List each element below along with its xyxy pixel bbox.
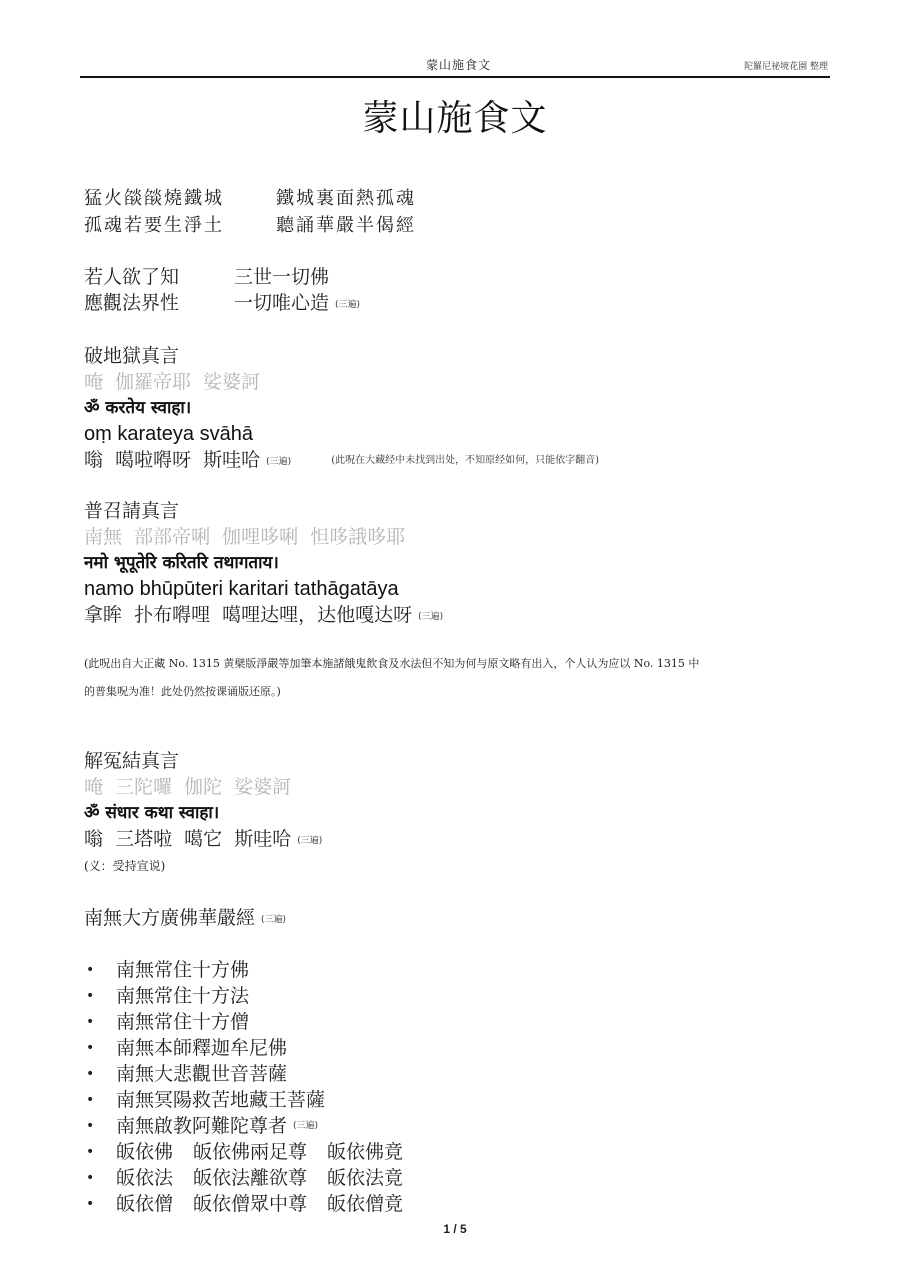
note-line: 的普集呪为准！此处仍然按课诵版还原。) (84, 678, 834, 706)
devanagari-text: ॐ करतेय स्वाहा। (84, 395, 599, 421)
refuge-item: • 皈依佛 皈依佛兩足尊 皈依佛竟 (84, 1139, 403, 1165)
mantra-po-diyu: 破地獄真言 唵 伽羅帝耶 娑婆訶 ॐ करतेय स्वाहा। oṃ kara… (84, 343, 599, 475)
phonetic-line: 嗡 三塔啦 噶它 斯哇哈(三遍) (84, 826, 834, 854)
verse-line: 應觀法界性一切唯心造(三遍) (84, 290, 360, 318)
bullet-icon: • (84, 1139, 116, 1165)
repeat-note: (三遍) (261, 915, 286, 925)
section-title: 破地獄真言 (84, 343, 599, 369)
explanatory-note: (此呪出自大正藏 No. 1315 黄檗版淨嚴等加筆本施諸餓鬼飲食及水法但不知为… (84, 650, 834, 706)
verse-line: 孤魂若要生淨土 聽誦華嚴半偈經 (84, 212, 416, 239)
phonetic-line: 嗡 噶啦嘚呀 斯哇哈(三遍)(此呪在大藏经中未找到出处，不知原经如何，只能依字翻… (84, 447, 599, 475)
bullet-icon: • (84, 1035, 116, 1061)
sutra-name-line: 南無大方廣佛華嚴經(三遍) (84, 905, 286, 933)
romanized-text: namo bhūpūteri karitari tathāgatāya (84, 576, 443, 602)
homage-list: • 南無常住十方佛 • 南無常住十方法 • 南無常住十方僧 • 南無本師釋迦牟尼… (84, 957, 403, 1217)
bullet-icon: • (84, 1061, 116, 1087)
bullet-icon: • (84, 1165, 116, 1191)
note-line: (此呪出自大正藏 No. 1315 黄檗版淨嚴等加筆本施諸餓鬼飲食及水法但不知为… (84, 650, 834, 678)
repeat-note: (三遍) (297, 836, 322, 846)
list-item: • 南無常住十方法 (84, 983, 403, 1009)
list-item: • 南無常住十方佛 (84, 957, 403, 983)
header-credit: 陀羅尼祕境花園 整理 (744, 59, 828, 72)
bullet-icon: • (84, 1191, 116, 1217)
sutra-name: 南無大方廣佛華嚴經 (84, 907, 255, 929)
repeat-note: (三遍) (335, 300, 360, 310)
romanized-text: oṃ karateya svāhā (84, 421, 599, 447)
page-number: 1 / 5 (0, 1222, 910, 1236)
list-item: • 南無啟教阿難陀尊者(三遍) (84, 1113, 403, 1139)
source-footnote: (此呪在大藏经中未找到出处，不知原经如何，只能依字翻音) (331, 455, 599, 466)
document-title: 蒙山施食文 (0, 90, 910, 141)
classical-transliteration: 唵 伽羅帝耶 娑婆訶 (84, 369, 599, 395)
classical-transliteration: 唵 三陀囉 伽陀 娑婆訶 (84, 774, 834, 800)
repeat-note: (三遍) (418, 612, 443, 622)
list-item: • 南無本師釋迦牟尼佛 (84, 1035, 403, 1061)
bullet-icon: • (84, 983, 116, 1009)
mantra-jie-yuan-jie: 解冤結真言 唵 三陀囉 伽陀 娑婆訶 ॐ संधार कथा स्वाहा। 嗡… (84, 748, 834, 878)
repeat-note: (三遍) (266, 457, 291, 467)
verse-line: 若人欲了知三世一切佛 (84, 264, 360, 290)
page-header: 蒙山施食文 陀羅尼祕境花園 整理 (80, 52, 830, 78)
repeat-note: (三遍) (293, 1113, 318, 1139)
devanagari-text: ॐ संधार कथा स्वाहा। (84, 800, 834, 826)
verse-line: 猛火燄燄燒鐵城 鐵城裏面熱孤魂 (84, 185, 416, 212)
meaning-note: (义：受持宣说) (84, 854, 834, 878)
section-title: 解冤結真言 (84, 748, 834, 774)
list-item: • 南無冥陽救苦地藏王菩薩 (84, 1087, 403, 1113)
huayan-verse: 若人欲了知三世一切佛 應觀法界性一切唯心造(三遍) (84, 264, 360, 318)
phonetic-line: 拿眸 扑布嘚哩 噶哩达哩，达他嘎达呀(三遍) (84, 602, 443, 630)
mantra-pu-zhao-qing: 普召請真言 南無 部部帝唎 伽哩哆唎 怛哆誐哆耶 नमो भूपूतेरि कर… (84, 498, 443, 630)
refuge-item: • 皈依法 皈依法離欲尊 皈依法竟 (84, 1165, 403, 1191)
list-item: • 南無常住十方僧 (84, 1009, 403, 1035)
bullet-icon: • (84, 1113, 116, 1139)
header-title: 蒙山施食文 (426, 56, 491, 73)
opening-verse: 猛火燄燄燒鐵城 鐵城裏面熱孤魂 孤魂若要生淨土 聽誦華嚴半偈經 (84, 185, 416, 239)
devanagari-text: नमो भूपूतेरि करितरि तथागताय। (84, 550, 443, 576)
classical-transliteration: 南無 部部帝唎 伽哩哆唎 怛哆誐哆耶 (84, 524, 443, 550)
list-item: • 南無大悲觀世音菩薩 (84, 1061, 403, 1087)
bullet-icon: • (84, 1009, 116, 1035)
refuge-item: • 皈依僧 皈依僧眾中尊 皈依僧竟 (84, 1191, 403, 1217)
bullet-icon: • (84, 1087, 116, 1113)
section-title: 普召請真言 (84, 498, 443, 524)
bullet-icon: • (84, 957, 116, 983)
